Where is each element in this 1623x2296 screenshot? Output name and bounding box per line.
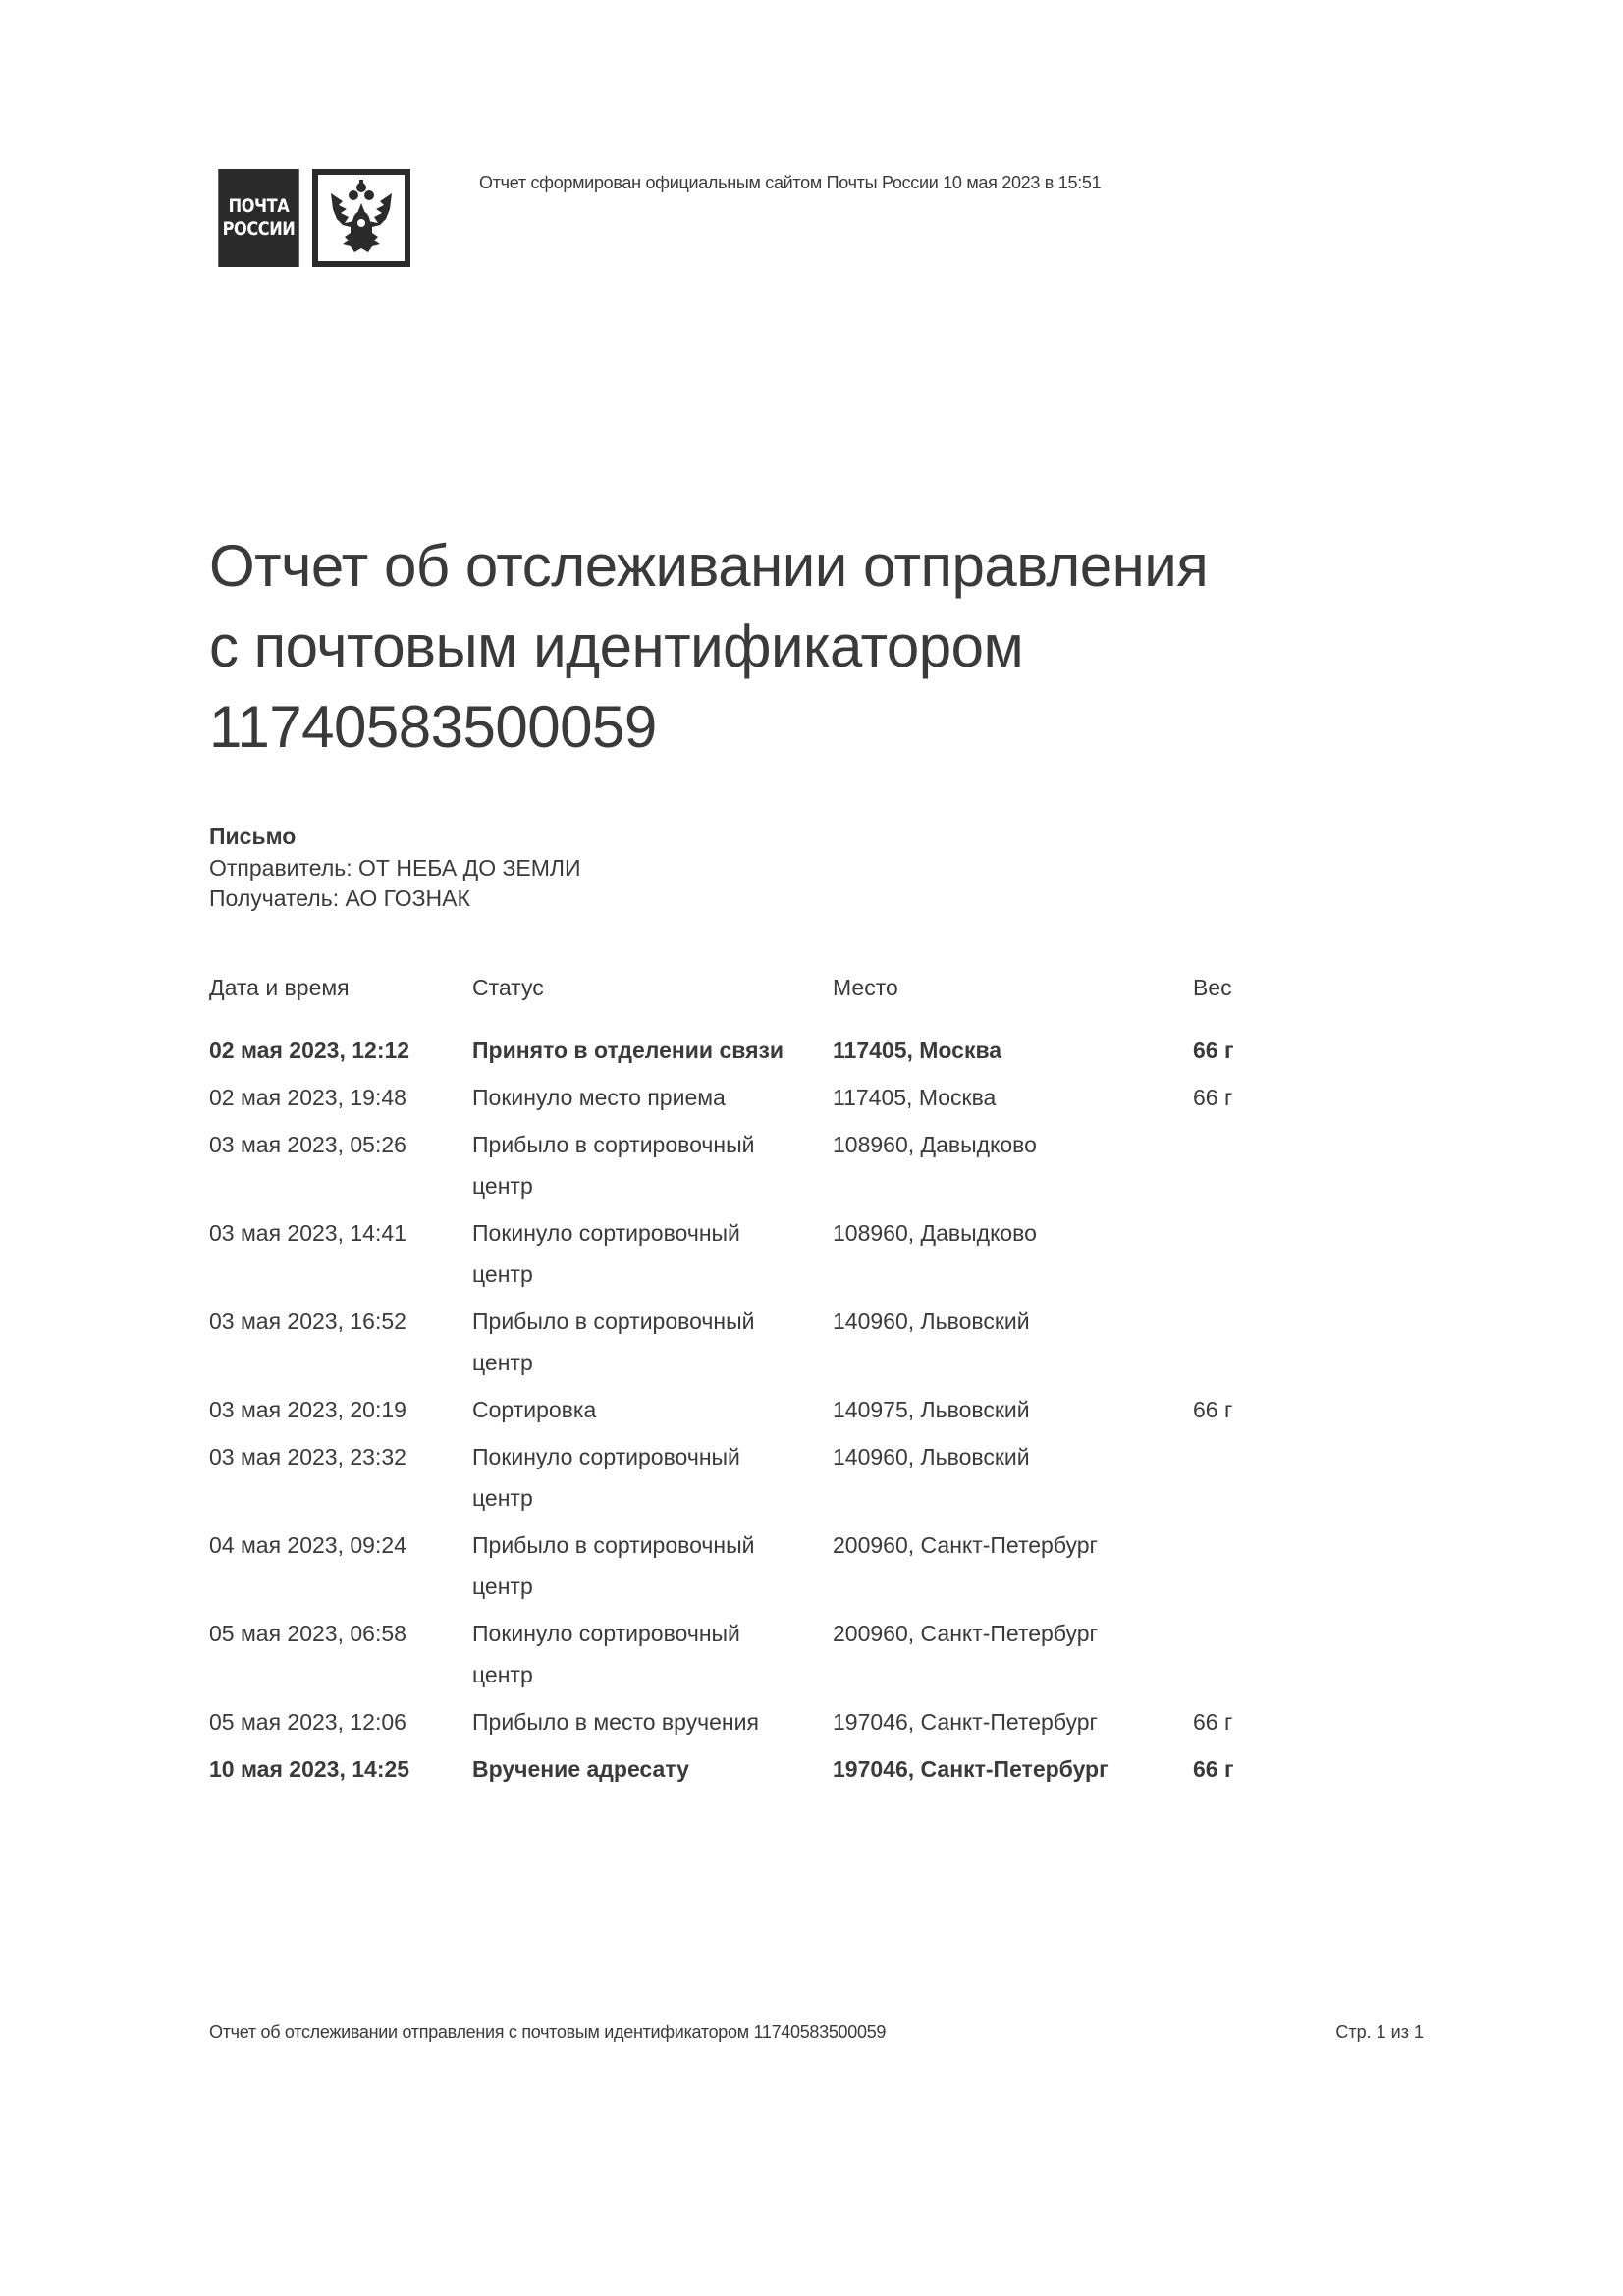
cell-place: 117405, Москва [833,1077,1193,1124]
cell-place: 108960, Давыдково [833,1212,1193,1301]
logo-wordmark: ПОЧТА РОССИИ [218,169,298,267]
sender: Отправитель: ОТ НЕБА ДО ЗЕМЛИ [209,853,581,884]
table-row: 03 мая 2023, 05:26Прибыло в сортировочны… [209,1124,1271,1212]
page-number: Стр. 1 из 1 [1335,2022,1424,2043]
cell-place: 197046, Санкт-Петербург [833,1701,1193,1748]
cell-status: Покинуло место приема [472,1077,833,1124]
column-header-weight: Вес [1193,972,1271,1030]
cell-date: 03 мая 2023, 05:26 [209,1124,472,1212]
cell-date: 02 мая 2023, 19:48 [209,1077,472,1124]
cell-place: 140960, Львовский [833,1436,1193,1524]
cell-date: 03 мая 2023, 16:52 [209,1301,472,1389]
cell-date: 05 мая 2023, 12:06 [209,1701,472,1748]
double-headed-eagle-icon [312,169,410,267]
cell-weight [1193,1436,1271,1524]
cell-place: 117405, Москва [833,1030,1193,1077]
table-row: 04 мая 2023, 09:24Прибыло в сортировочны… [209,1524,1271,1613]
shipment-info: Письмо Отправитель: ОТ НЕБА ДО ЗЕМЛИ Пол… [209,822,581,915]
cell-status: Покинуло сортировочный центр [472,1436,833,1524]
cell-status: Прибыло в место вручения [472,1701,833,1748]
page-title: Отчет об отслеживании отправления с почт… [209,526,1208,768]
cell-date: 04 мая 2023, 09:24 [209,1524,472,1613]
table-row: 05 мая 2023, 06:58Покинуло сортировочный… [209,1613,1271,1701]
title-line-2: с почтовым идентификатором [209,607,1208,687]
cell-weight: 66 г [1193,1389,1271,1436]
table-row: 03 мая 2023, 23:32Покинуло сортировочный… [209,1436,1271,1524]
cell-date: 02 мая 2023, 12:12 [209,1030,472,1077]
column-header-date: Дата и время [209,972,472,1030]
cell-weight [1193,1124,1271,1212]
cell-place: 197046, Санкт-Петербург [833,1748,1193,1795]
footer-report-title: Отчет об отслеживании отправления с почт… [209,2022,886,2043]
tracking-id: 11740583500059 [209,687,1208,768]
title-line-1: Отчет об отслеживании отправления [209,526,1208,607]
cell-status: Сортировка [472,1389,833,1436]
tracking-history-table: Дата и время Статус Место Вес 02 мая 202… [209,972,1271,1795]
table-header-row: Дата и время Статус Место Вес [209,972,1271,1030]
cell-weight: 66 г [1193,1701,1271,1748]
cell-weight [1193,1613,1271,1701]
shipment-kind: Письмо [209,822,581,853]
cell-weight: 66 г [1193,1748,1271,1795]
cell-weight: 66 г [1193,1077,1271,1124]
cell-date: 05 мая 2023, 06:58 [209,1613,472,1701]
cell-status: Прибыло в сортировочный центр [472,1124,833,1212]
report-generated-note: Отчет сформирован официальным сайтом Поч… [479,173,1101,193]
cell-status: Покинуло сортировочный центр [472,1613,833,1701]
recipient: Получатель: АО ГОЗНАК [209,883,581,915]
cell-place: 200960, Санкт-Петербург [833,1613,1193,1701]
cell-place: 200960, Санкт-Петербург [833,1524,1193,1613]
cell-weight [1193,1212,1271,1301]
cell-status: Вручение адресату [472,1748,833,1795]
cell-place: 140960, Львовский [833,1301,1193,1389]
cell-date: 03 мая 2023, 14:41 [209,1212,472,1301]
table-row: 02 мая 2023, 12:12Принято в отделении св… [209,1030,1271,1077]
cell-weight [1193,1524,1271,1613]
cell-status: Покинуло сортировочный центр [472,1212,833,1301]
cell-place: 108960, Давыдково [833,1124,1193,1212]
table-row: 02 мая 2023, 19:48Покинуло место приема1… [209,1077,1271,1124]
table-row: 03 мая 2023, 20:19Сортировка140975, Льво… [209,1389,1271,1436]
cell-place: 140975, Львовский [833,1389,1193,1436]
table-row: 03 мая 2023, 14:41Покинуло сортировочный… [209,1212,1271,1301]
column-header-status: Статус [472,972,833,1030]
pochta-rossii-logo: ПОЧТА РОССИИ [211,169,411,267]
cell-weight [1193,1301,1271,1389]
logo-text-line1: ПОЧТА [229,195,290,218]
cell-status: Принято в отделении связи [472,1030,833,1077]
cell-status: Прибыло в сортировочный центр [472,1301,833,1389]
cell-status: Прибыло в сортировочный центр [472,1524,833,1613]
cell-weight: 66 г [1193,1030,1271,1077]
table-row: 03 мая 2023, 16:52Прибыло в сортировочны… [209,1301,1271,1389]
column-header-place: Место [833,972,1193,1030]
cell-date: 03 мая 2023, 23:32 [209,1436,472,1524]
logo-text-line2: РОССИИ [223,218,296,240]
table-row: 05 мая 2023, 12:06Прибыло в место вручен… [209,1701,1271,1748]
cell-date: 10 мая 2023, 14:25 [209,1748,472,1795]
table-row: 10 мая 2023, 14:25Вручение адресату19704… [209,1748,1271,1795]
cell-date: 03 мая 2023, 20:19 [209,1389,472,1436]
